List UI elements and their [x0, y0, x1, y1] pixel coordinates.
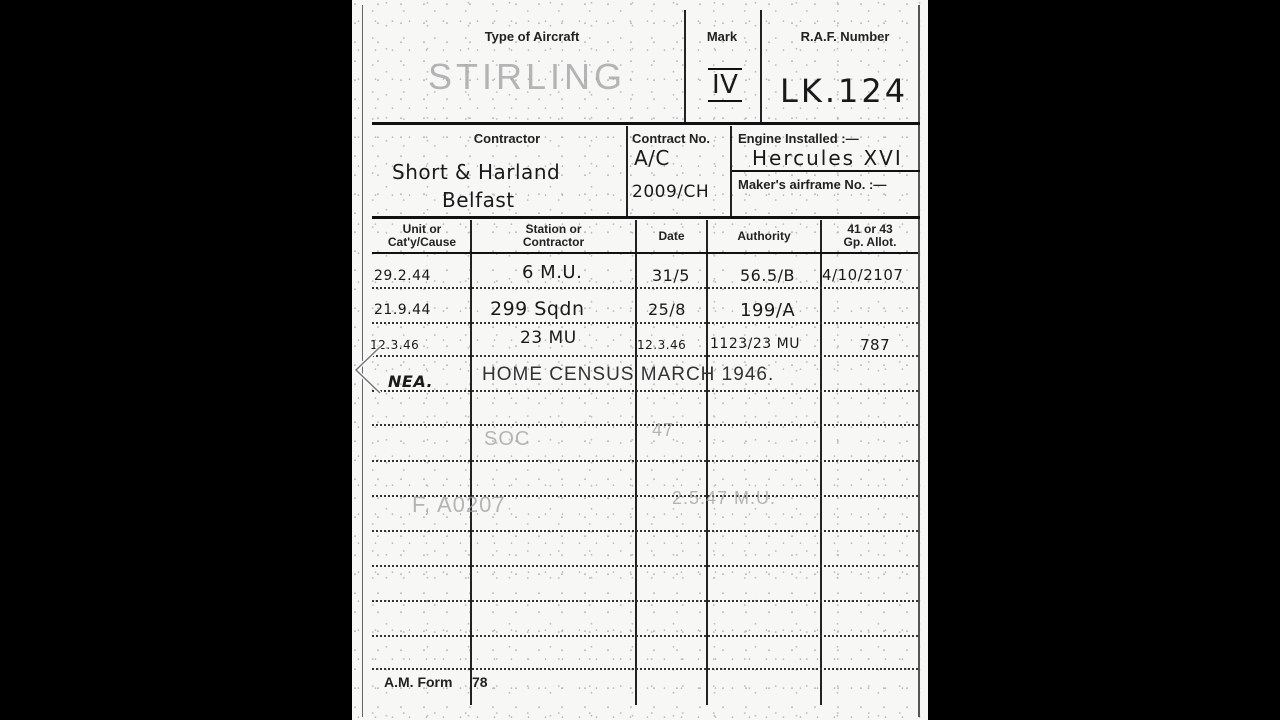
col-header-allot: 41 or 43 Gp. Allot. [822, 223, 918, 249]
header-rule [372, 122, 920, 125]
header-divider-2 [760, 10, 762, 122]
makers-airframe-label: Maker's airframe No. :— [738, 178, 886, 191]
right-border [918, 5, 920, 717]
type-of-aircraft-value: STIRLING [428, 56, 626, 98]
contractor-value-line1: Short & Harland [392, 160, 560, 184]
row-line [372, 668, 918, 670]
col-divider-1 [470, 220, 472, 705]
contract-rule [372, 216, 920, 219]
col-divider-2 [635, 220, 637, 705]
row-line [372, 600, 918, 602]
cell-authority: 1123/23 MU [710, 336, 800, 352]
faded-stamp-right: 2.5.47 M.U. [672, 488, 776, 509]
row-line [372, 390, 918, 392]
faded-stamp-left: F, A0207 [412, 492, 506, 518]
engine-installed-label: Engine Installed :— [738, 132, 859, 145]
raf-number-label: R.A.F. Number [780, 30, 910, 43]
col-header-authority: Authority [708, 223, 820, 243]
mark-label: Mark [697, 30, 747, 43]
contract-no-line2: 2009/CH [632, 182, 709, 202]
row-line [372, 287, 918, 289]
form-number: 78 [472, 676, 488, 689]
cell-date: 12.3.46 [637, 338, 686, 352]
contract-no-line1: A/C [634, 146, 670, 170]
cell-authority: 56.5/B [740, 266, 795, 285]
cell-date: 25/8 [648, 300, 686, 319]
raf-number-value: LK.124 [780, 72, 908, 110]
col-header-unit: Unit or Cat'y/Cause [374, 223, 470, 249]
row-line [372, 424, 918, 426]
cell-allot: 4/10/2107 [822, 266, 903, 284]
col-header-date: Date [637, 223, 706, 243]
row-line [372, 355, 918, 357]
col-divider-3 [706, 220, 708, 705]
soc-date: 47 [652, 420, 674, 441]
cell-date: 31/5 [652, 266, 690, 285]
soc-stamp: SOC [484, 428, 530, 451]
row-line [372, 322, 918, 324]
row-line [372, 565, 918, 567]
cell-unit: 21.9.44 [374, 302, 431, 318]
previous-page-button[interactable] [352, 345, 382, 395]
cell-unit: NEA. [388, 372, 433, 391]
type-of-aircraft-label: Type of Aircraft [462, 30, 602, 43]
row-line [372, 460, 918, 462]
contractor-value-line2: Belfast [442, 188, 515, 212]
row-line [372, 635, 918, 637]
col-header-station: Station or Contractor [472, 223, 635, 249]
cell-station: 6 M.U. [522, 262, 582, 283]
form-label: A.M. Form [384, 676, 452, 689]
chevron-left-icon [352, 345, 382, 395]
am-form-78-record-card: Type of Aircraft STIRLING Mark IV R.A.F.… [352, 0, 928, 720]
engine-rule [732, 170, 920, 172]
mark-value: IV [708, 68, 742, 102]
cell-unit: 29.2.44 [374, 268, 431, 284]
header-divider-1 [684, 10, 686, 122]
cell-allot: 787 [860, 336, 890, 354]
cell-station: 299 Sqdn [490, 298, 585, 320]
row-line [372, 530, 918, 532]
contractor-label: Contractor [442, 132, 572, 145]
cell-authority: 199/A [740, 300, 795, 321]
cell-station: 23 MU [520, 328, 577, 348]
header-underline [372, 252, 918, 254]
contract-no-label: Contract No. [628, 132, 734, 145]
home-census-stamp: HOME CENSUS MARCH 1946. [482, 364, 774, 386]
col-divider-4 [820, 220, 822, 705]
engine-installed-value: Hercules XVI [752, 146, 903, 170]
